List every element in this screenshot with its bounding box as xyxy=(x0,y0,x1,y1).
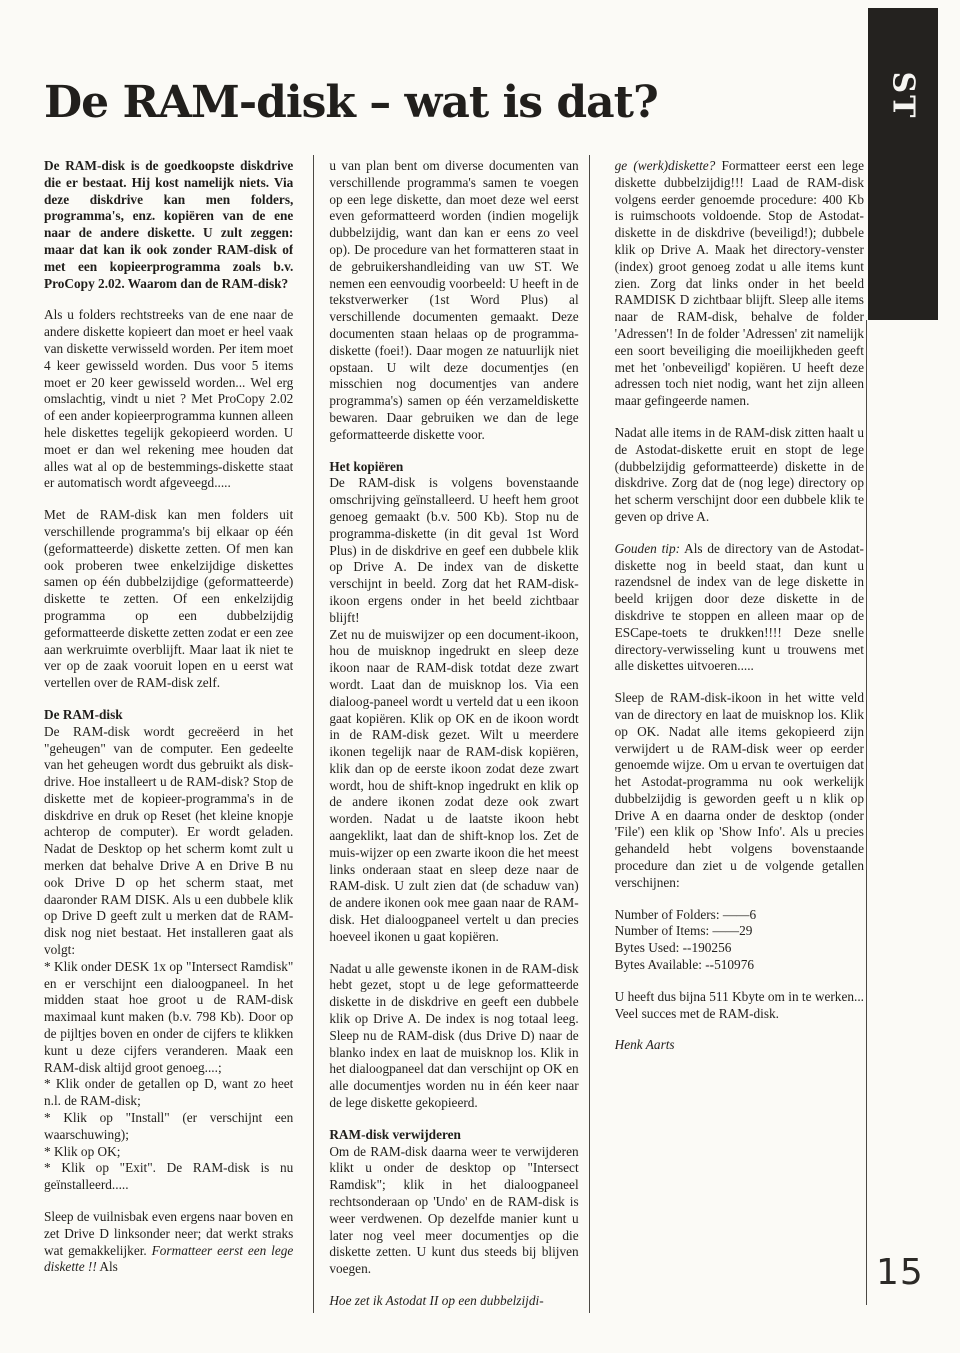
paragraph: Bytes Available: --510976 xyxy=(615,957,864,974)
paragraph: Hoe zet ik Astodat II op een dubbelzijdi… xyxy=(329,1293,578,1310)
paragraph: * Klik op "Exit". De RAM-disk is nu geïn… xyxy=(44,1160,293,1194)
paragraph: ge (werk)diskette? Formatteer eerst een … xyxy=(615,158,864,410)
paragraph: De RAM-disk is volgens bovenstaande omsc… xyxy=(329,475,578,626)
paragraph: De RAM-disk is de goedkoopste diskdrive … xyxy=(44,158,293,292)
paragraph: Sleep de RAM-disk-ikoon in het witte vel… xyxy=(615,690,864,892)
article-body: De RAM-disk is de goedkoopste diskdrive … xyxy=(44,158,864,1316)
paragraph: Zet nu de muiswijzer op een document-iko… xyxy=(329,627,578,946)
paragraph: Als u folders rechtstreeks van de ene na… xyxy=(44,307,293,492)
paragraph: * Klik onder de getallen op D, want zo h… xyxy=(44,1076,293,1110)
paragraph: Sleep de vuilnisbak even ergens naar bov… xyxy=(44,1209,293,1276)
paragraph: De RAM-disk xyxy=(44,707,293,724)
page-title: De RAM-disk – wat is dat? xyxy=(44,77,824,128)
paragraph: * Klik op "Install" (er verschijnt een w… xyxy=(44,1110,293,1144)
paragraph: Nadat alle items in de RAM-disk zitten h… xyxy=(615,425,864,526)
column-1: De RAM-disk is de goedkoopste diskdrive … xyxy=(44,158,293,1316)
right-rule xyxy=(866,320,867,1305)
paragraph: RAM-disk verwijderen xyxy=(329,1127,578,1144)
paragraph: Number of Folders: ——6 xyxy=(615,907,864,924)
magazine-page: De RAM-disk – wat is dat? ST De RAM-disk… xyxy=(0,0,960,1353)
paragraph: Bytes Used: --190256 xyxy=(615,940,864,957)
paragraph: * Klik op OK; xyxy=(44,1144,293,1161)
column-2: u van plan bent om diverse documenten va… xyxy=(329,158,578,1316)
paragraph: Om de RAM-disk daarna weer te verwijdere… xyxy=(329,1144,578,1278)
paragraph: u van plan bent om diverse documenten va… xyxy=(329,158,578,444)
paragraph: Met de RAM-disk kan men folders uit vers… xyxy=(44,507,293,692)
section-tab-label: ST xyxy=(886,72,921,120)
column-3: ge (werk)diskette? Formatteer eerst een … xyxy=(615,158,864,1316)
section-tab: ST xyxy=(868,8,938,320)
paragraph: Nadat u alle gewenste ikonen in de RAM-d… xyxy=(329,961,578,1112)
paragraph: U heeft dus bijna 511 Kbyte om in te wer… xyxy=(615,989,864,1023)
paragraph: Het kopiëren xyxy=(329,459,578,476)
page-number: 15 xyxy=(876,1252,924,1293)
paragraph: Number of Items: ——29 xyxy=(615,923,864,940)
paragraph: Henk Aarts xyxy=(615,1037,864,1054)
paragraph: De RAM-disk wordt gecreëerd in het "gehe… xyxy=(44,724,293,959)
paragraph: * Klik onder DESK 1x op "Intersect Ramdi… xyxy=(44,959,293,1077)
paragraph: Gouden tip: Als de directory van de Asto… xyxy=(615,541,864,675)
